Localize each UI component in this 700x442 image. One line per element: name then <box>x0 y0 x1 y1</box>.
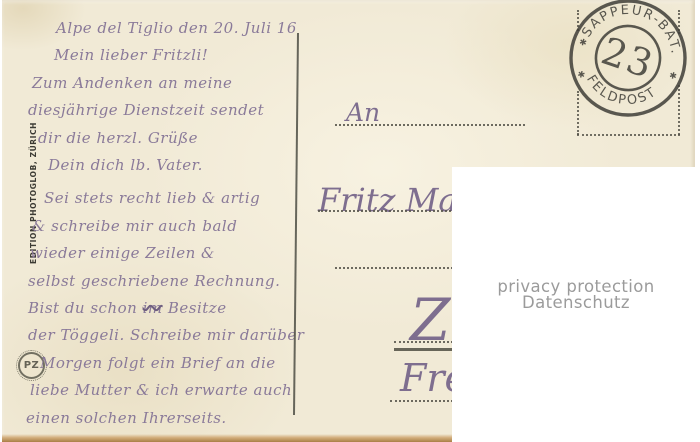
postmark-number: 23 <box>596 29 660 88</box>
message-line: Sei stets recht lieb & artig <box>44 185 314 212</box>
postmark-star-icon: ✱ <box>578 38 587 49</box>
feldpost-postmark-stamp: SAPPEUR-BAT. FELDPOST 23 ✱ ✱ ✱ <box>563 0 693 123</box>
address-dotted-line-2 <box>318 210 458 212</box>
message-line: Zum Andenken an meine <box>32 70 314 97</box>
postmark-star-icon: ✱ <box>576 70 585 81</box>
privacy-watermark: privacy protection Datenschutz <box>452 279 700 311</box>
message-line-with-strikeout: Bist du schon im Besitze <box>28 295 314 322</box>
message-line: liebe Mutter & ich erwarte auch <box>30 377 314 404</box>
message-text: Bist du schon <box>28 299 143 317</box>
address-dotted-line-3 <box>335 267 457 269</box>
message-line: & schreibe mir auch bald <box>32 213 314 240</box>
message-line: diesjährige Dienstzeit sendet <box>28 97 314 124</box>
handwritten-message: Alpe del Tiglio den 20. Juli 16 Mein lie… <box>26 15 314 432</box>
stamp-frame-dotted <box>577 134 680 136</box>
message-line: wieder einige Zeilen & <box>30 240 314 267</box>
message-line: Morgen folgt ein Brief an die <box>40 350 314 377</box>
address-dotted-line-5 <box>390 400 457 402</box>
address-dotted-line-4 <box>394 341 457 343</box>
message-line: Dein dich lb. Vater. <box>48 152 314 179</box>
message-line: einen solchen Ihrerseits. <box>26 405 314 432</box>
message-line: selbst geschriebene Rechnung. <box>28 268 314 295</box>
privacy-watermark-line2: Datenschutz <box>452 295 700 311</box>
struck-word: im <box>143 299 163 317</box>
address-underline-thick <box>394 348 457 351</box>
card-bottom-edge <box>2 434 454 442</box>
postmark-star-icon: ✱ <box>668 71 677 82</box>
message-line: der Töggeli. Schreibe mir darüber <box>28 322 314 349</box>
message-text: Besitze <box>163 299 227 317</box>
message-line: Alpe del Tiglio den 20. Juli 16 <box>56 15 314 42</box>
message-line: dir die herzl. Grüße <box>38 125 314 152</box>
message-line: Mein lieber Fritzli! <box>54 42 314 69</box>
address-an-label: An <box>346 98 380 127</box>
privacy-overlay: privacy protection Datenschutz <box>452 167 700 442</box>
postcard-scan: EDITION PHOTOGLOB, ZÜRICH PZ Alpe del Ti… <box>0 0 700 442</box>
address-dotted-line-1 <box>335 124 525 126</box>
